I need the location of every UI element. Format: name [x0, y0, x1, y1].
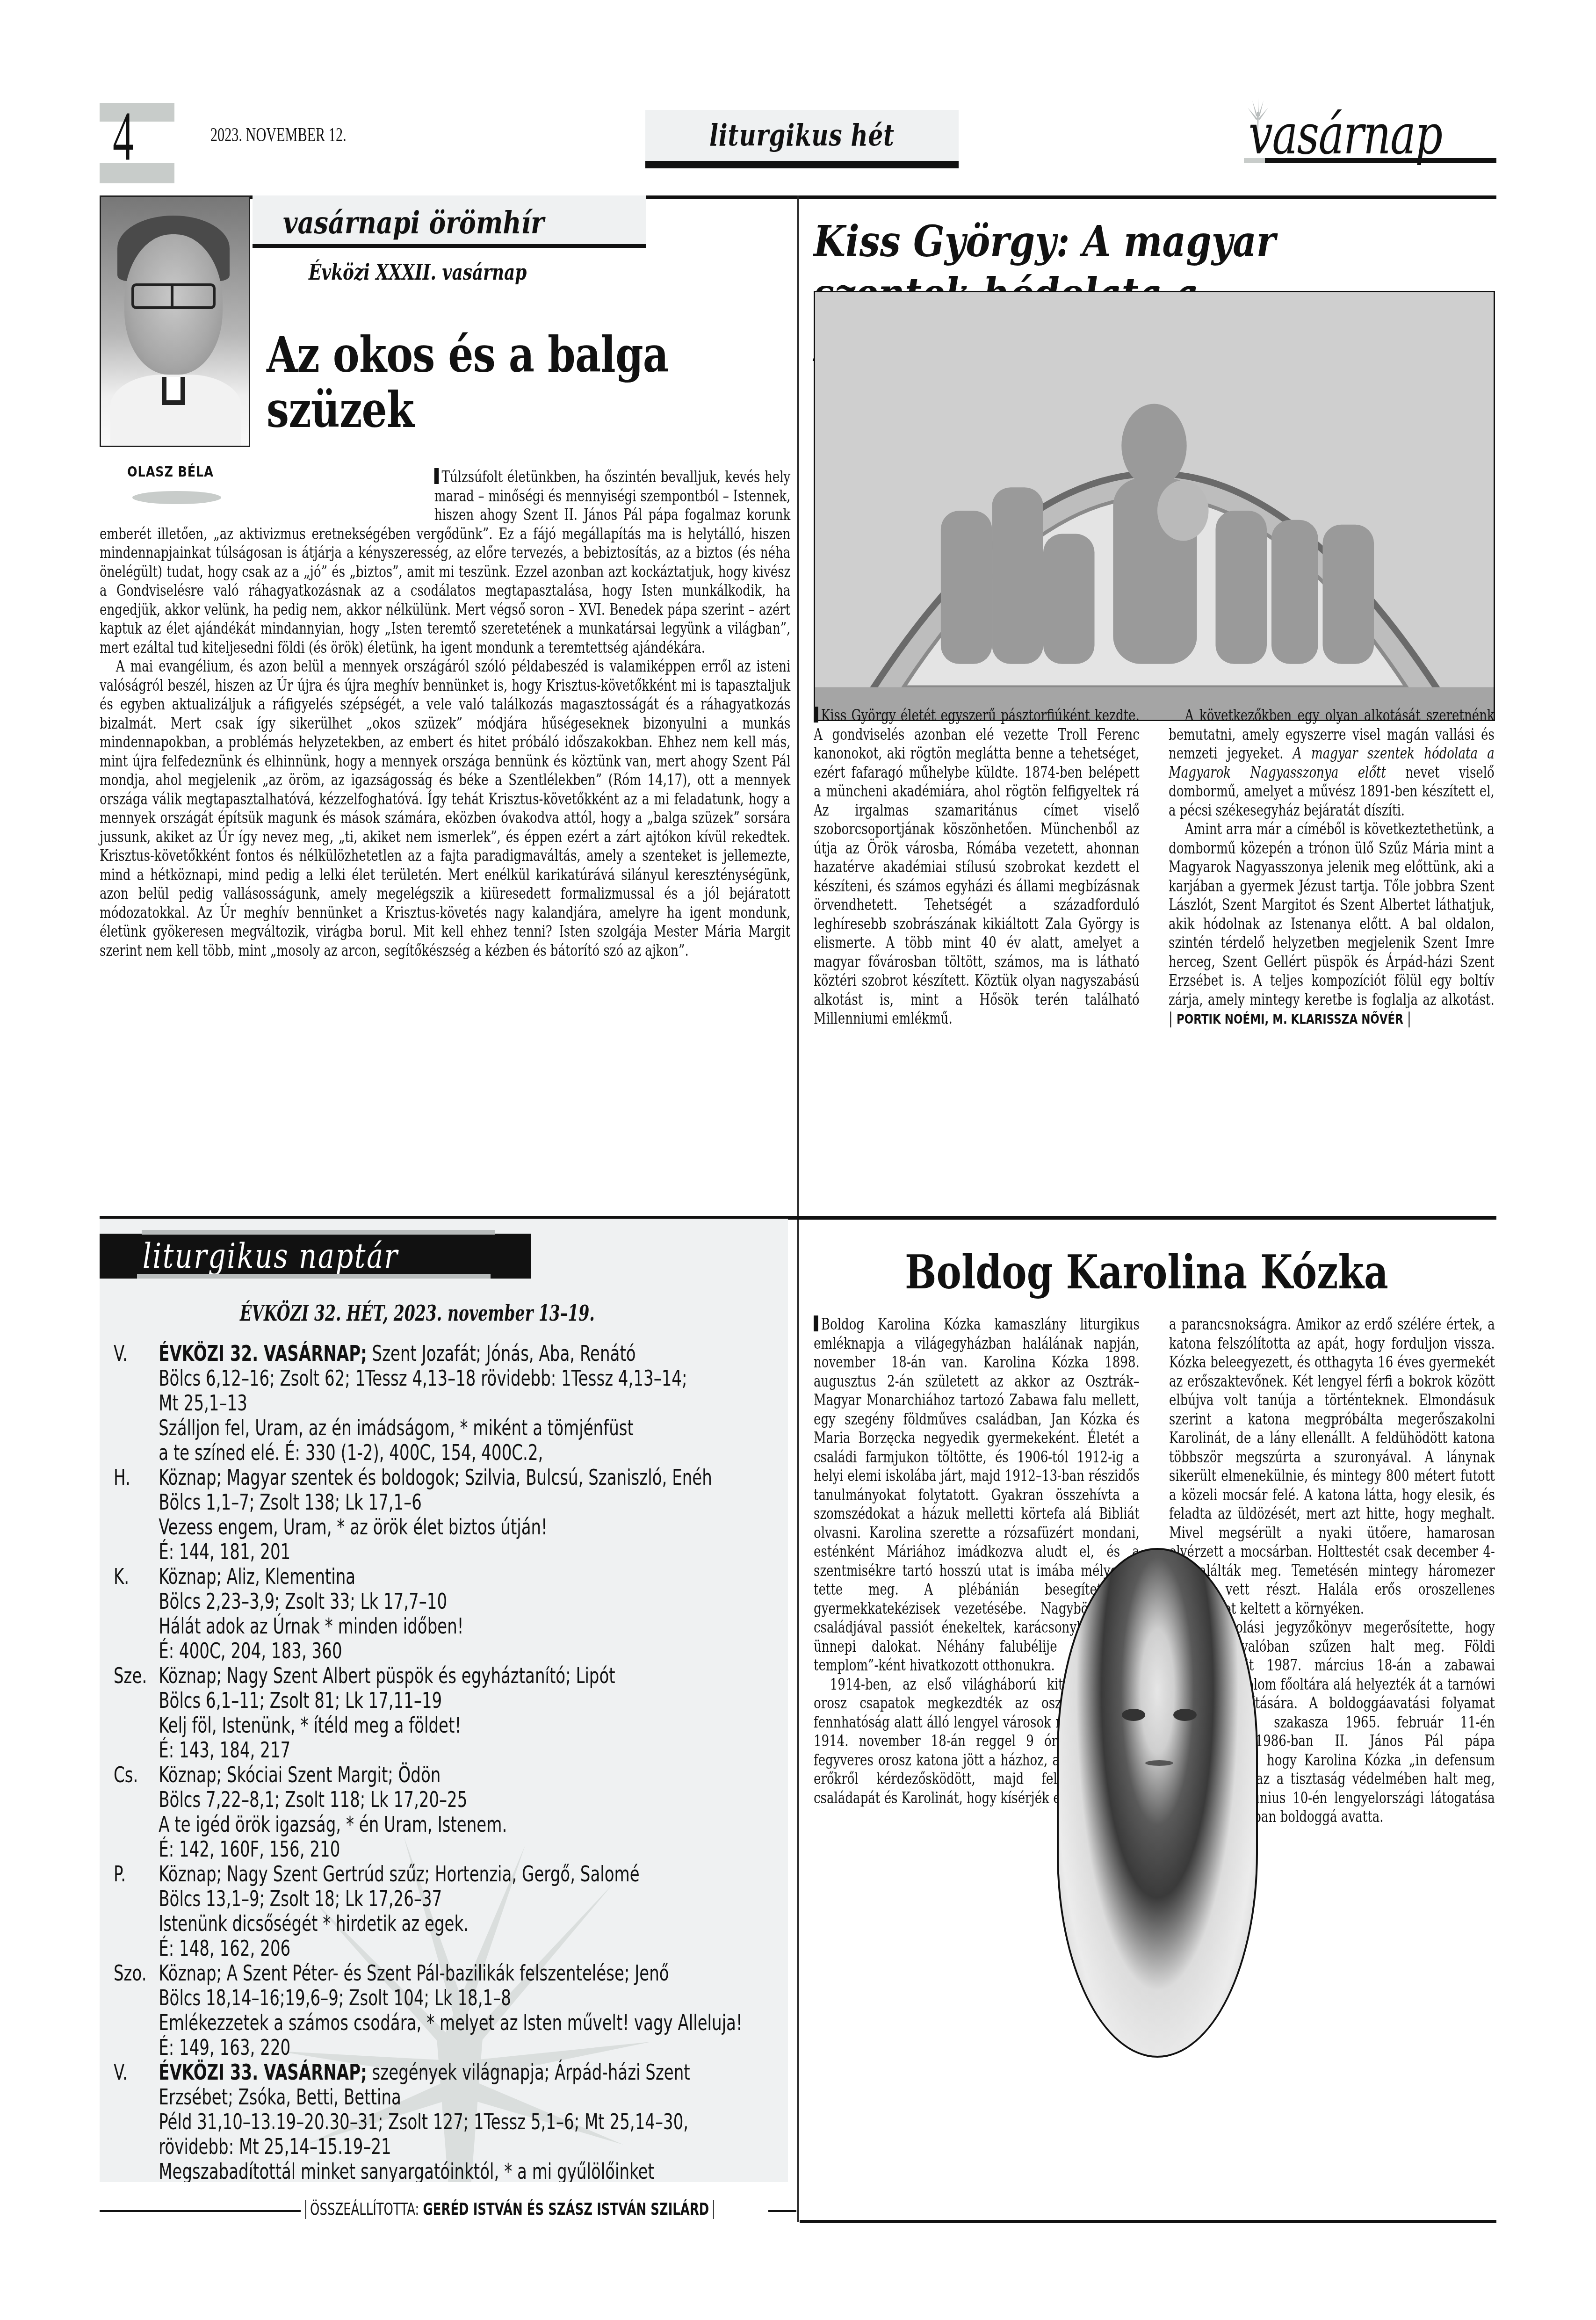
calendar-entry: Sze. Köznap; Nagy Szent Albert püspök és… [114, 1663, 757, 1763]
calendar-entry: V. ÉVKÖZI 32. VASÁRNAP; Szent Jozafát; J… [114, 1341, 757, 1465]
liturgical-calendar: liturgikus naptár ÉVKÖZI 32. HÉT, 2023. … [100, 1219, 788, 2182]
relief-paragraph: Amint arra már a címéből is következteth… [1169, 820, 1495, 1029]
lead-marker [434, 468, 439, 484]
calendar-entry: P. Köznap; Nagy Szent Gertrúd szűz; Hort… [114, 1862, 757, 1961]
calendar-week: ÉVKÖZI 32. HÉT, 2023. november 13–19. [240, 1301, 595, 1326]
gospel-paragraph: A mai evangélium, és azon belül a mennye… [100, 657, 790, 960]
kozka-headline: Boldog Karolina Kózka [905, 1244, 1388, 1300]
section-label: liturgikus hét [645, 110, 959, 168]
relief-paragraph: Kiss György életét egyszerű pásztorfiúké… [814, 706, 1140, 1028]
page-number-bar-top [100, 103, 174, 122]
relief-signature: PORTIK NOÉMI, M. KLARISSZA NŐVÉR [1177, 1011, 1403, 1027]
kozka-portrait [1057, 1548, 1258, 2058]
column-divider-bottom [797, 1219, 799, 2222]
brand-underline [1244, 158, 1496, 163]
column-divider-top [797, 195, 799, 1220]
calendar-title: liturgikus naptár [143, 1236, 398, 1277]
page-number-block: 4 [100, 103, 174, 182]
brand-name: vasárnap [1249, 108, 1442, 160]
relief-article-body: Kiss György életét egyszerű pásztorfiúké… [814, 706, 1495, 1029]
relief-paragraph: A következőkben egy olyan alkotását szer… [1169, 706, 1495, 820]
kozka-paragraph: a parancsnokságra. Amikor az erdő szélér… [1169, 1315, 1495, 1618]
calendar-entry: H. Köznap; Magyar szentek és boldogok; S… [114, 1465, 757, 1564]
page-number: 4 [113, 108, 134, 165]
calendar-title-bar: liturgikus naptár [100, 1234, 531, 1279]
credit-label: ÖSSZEÁLLÍTOTTA: [310, 2200, 419, 2219]
lead-marker [814, 1315, 818, 1331]
masthead: vasárnap [1244, 98, 1496, 168]
author-portrait [100, 195, 250, 447]
calendar-entry: Szo. Köznap; A Szent Péter- és Szent Pál… [114, 1961, 757, 2060]
liturgical-sunday: Évközi XXXII. vasárnap [309, 260, 527, 285]
relief-column-2: A következőkben egy olyan alkotását szer… [1169, 706, 1495, 1029]
section-label-text: liturgikus hét [680, 110, 924, 161]
relief-column-1: Kiss György életét egyszerű pásztorfiúké… [814, 706, 1140, 1029]
lead-marker [814, 707, 818, 723]
credit-names: GERÉD ISTVÁN ÉS SZÁSZ ISTVÁN SZILÁRD [423, 2200, 709, 2219]
gospel-article-body: Túlzsúfolt életünkben, ha őszintén beval… [100, 468, 790, 960]
column-kicker: vasárnapi örömhír [253, 195, 646, 248]
column-kicker-text: vasárnapi örömhír [283, 205, 544, 240]
calendar-entry: V. ÉVKÖZI 33. VASÁRNAP; szegények világn… [114, 2060, 757, 2182]
gospel-headline: Az okos és a balga szüzek [267, 327, 696, 438]
bottom-rule [800, 2220, 1496, 2223]
calendar-entry: Cs. Köznap; Skóciai Szent Margit; Ödön B… [114, 1763, 757, 1862]
calendar-credit: ÖSSZEÁLLÍTOTTA: GERÉD ISTVÁN ÉS SZÁSZ IS… [100, 2202, 788, 2220]
calendar-entry: K. Köznap; Aliz, Klementina Bölcs 2,23–3… [114, 1564, 757, 1663]
issue-date: 2023. NOVEMBER 12. [210, 124, 347, 146]
calendar-entries: V. ÉVKÖZI 32. VASÁRNAP; Szent Jozafát; J… [114, 1341, 757, 2182]
page-number-bar-bottom [100, 163, 174, 183]
relief-photo [814, 291, 1495, 721]
